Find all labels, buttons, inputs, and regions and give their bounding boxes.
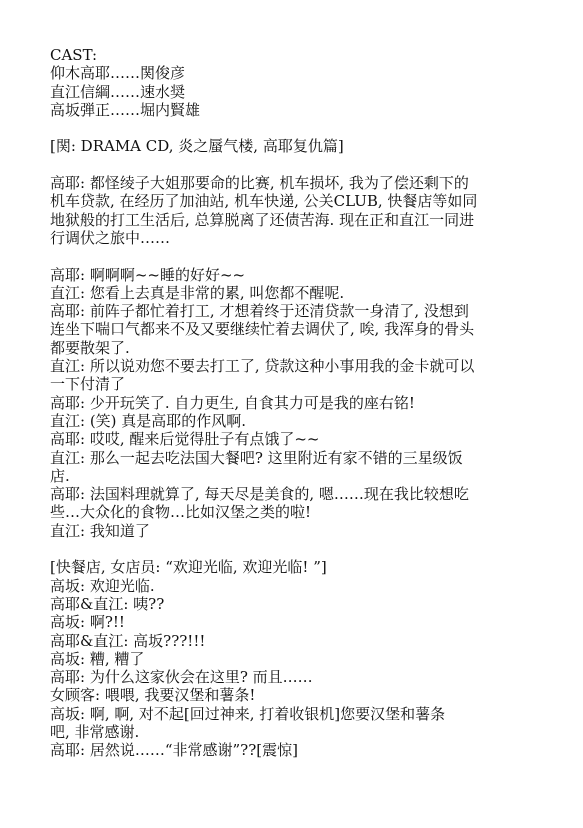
dialogue-line: 直江: (笑) 真是高耶的作风啊.: [50, 412, 550, 430]
spacer: [50, 247, 550, 265]
text-line: 机车贷款, 在经历了加油站, 机车快递, 公关CLUB, 快餐店等如同: [50, 192, 550, 210]
dialogue-line: 高坂: 糟, 糟了: [50, 650, 550, 668]
cast-member: 直江信綱……速水奨: [50, 83, 550, 101]
dialogue-line: 高耶: 法国料理就算了, 每天尽是美食的, 嗯……现在我比较想吃: [50, 485, 550, 503]
dialogue-line: 直江: 我知道了: [50, 522, 550, 540]
dialogue-line: 一下付清了: [50, 375, 550, 393]
spacer: [50, 119, 550, 137]
text-line: 行调伏之旅中……: [50, 229, 550, 247]
dialogue-line: 高耶: 啊啊啊~~睡的好好~~: [50, 266, 550, 284]
dialogue-line: 直江: 那么一起去吃法国大餐吧? 这里附近有家不错的三星级饭: [50, 449, 550, 467]
dialogue-line: 吧, 非常感谢.: [50, 723, 550, 741]
text-line: 地狱般的打工生活后, 总算脱离了还债苦海. 现在正和直江一同进: [50, 211, 550, 229]
dialogue-line: 高耶: 哎哎, 醒来后觉得肚子有点饿了~~: [50, 430, 550, 448]
intro-paragraph: 高耶: 都怪绫子大姐那要命的比赛, 机车损坏, 我为了偿还剩下的 机车贷款, 在…: [50, 174, 550, 247]
dialogue-line: 店.: [50, 467, 550, 485]
dialogue-line: 高坂: 欢迎光临.: [50, 577, 550, 595]
document-page: CAST: 仰木高耶……関俊彦 直江信綱……速水奨 高坂弾正……堀内賢雄 [関:…: [50, 46, 550, 760]
dialogue-line: 都要散架了.: [50, 339, 550, 357]
spacer: [50, 540, 550, 558]
scene-1-dialogue: 高耶: 啊啊啊~~睡的好好~~ 直江: 您看上去真是非常的累, 叫您都不醒呢. …: [50, 266, 550, 540]
dialogue-line: 直江: 您看上去真是非常的累, 叫您都不醒呢.: [50, 284, 550, 302]
title-note: [関: DRAMA CD, 炎之蜃气楼, 高耶复仇篇]: [50, 137, 550, 155]
dialogue-line: 高耶&直江: 咦??: [50, 595, 550, 613]
cast-member: 高坂弾正……堀内賢雄: [50, 101, 550, 119]
dialogue-line: 高耶: 前阵子都忙着打工, 才想着终于还清贷款一身清了, 没想到: [50, 302, 550, 320]
dialogue-line: 直江: 所以说劝您不要去打工了, 贷款这种小事用我的金卡就可以: [50, 357, 550, 375]
cast-member: 仰木高耶……関俊彦: [50, 64, 550, 82]
dialogue-line: 高耶: 为什么这家伙会在这里? 而且……: [50, 668, 550, 686]
spacer: [50, 156, 550, 174]
dialogue-line: 高耶: 居然说……“非常感谢”??[震惊]: [50, 741, 550, 759]
dialogue-line: 高坂: 啊, 啊, 对不起[回过神来, 打着收银机]您要汉堡和薯条: [50, 705, 550, 723]
dialogue-line: 高坂: 啊?!!: [50, 613, 550, 631]
cast-section: CAST: 仰木高耶……関俊彦 直江信綱……速水奨 高坂弾正……堀内賢雄: [50, 46, 550, 119]
text-line: 高耶: 都怪绫子大姐那要命的比赛, 机车损坏, 我为了偿还剩下的: [50, 174, 550, 192]
dialogue-line: 连坐下喘口气都来不及又要继续忙着去调伏了, 唉, 我浑身的骨头: [50, 320, 550, 338]
scene-2-dialogue: [快餐店, 女店员: “欢迎光临, 欢迎光临! ”] 高坂: 欢迎光临. 高耶&…: [50, 558, 550, 759]
cast-heading: CAST:: [50, 46, 550, 64]
dialogue-line: 高耶: 少开玩笑了. 自力更生, 自食其力可是我的座右铭!: [50, 394, 550, 412]
dialogue-line: [快餐店, 女店员: “欢迎光临, 欢迎光临! ”]: [50, 558, 550, 576]
dialogue-line: 些…大众化的食物…比如汉堡之类的啦!: [50, 503, 550, 521]
dialogue-line: 高耶&直江: 高坂???!!!: [50, 632, 550, 650]
dialogue-line: 女顾客: 喂喂, 我要汉堡和薯条!: [50, 686, 550, 704]
